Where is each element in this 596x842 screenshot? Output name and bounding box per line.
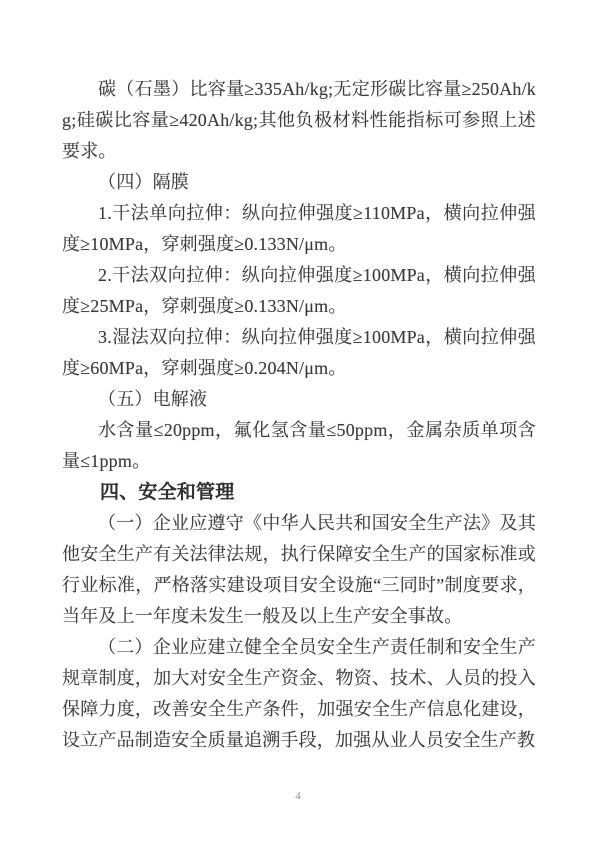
document-body: 碳（石墨）比容量≥335Ah/kg;无定形碳比容量≥250Ah/kg;硅碳比容量… (62, 74, 536, 756)
document-page: 碳（石墨）比容量≥335Ah/kg;无定形碳比容量≥250Ah/kg;硅碳比容量… (0, 0, 596, 842)
paragraph-wet-biaxial: 3.湿法双向拉伸：纵向拉伸强度≥100MPa，横向拉伸强度≥60MPa，穿刺强度… (62, 322, 536, 384)
section-heading-safety-management: 四、安全和管理 (62, 477, 536, 508)
paragraph-anode-capacity: 碳（石墨）比容量≥335Ah/kg;无定形碳比容量≥250Ah/kg;硅碳比容量… (62, 74, 536, 167)
paragraph-dry-biaxial: 2.干法双向拉伸：纵向拉伸强度≥100MPa，横向拉伸强度≥25MPa，穿刺强度… (62, 260, 536, 322)
page-number: 4 (0, 790, 596, 802)
paragraph-electrolyte-limits: 水含量≤20ppm，氟化氢含量≤50ppm，金属杂质单项含量≤1ppm。 (62, 415, 536, 477)
subheading-separator: （四）隔膜 (62, 167, 536, 198)
subheading-electrolyte: （五）电解液 (62, 384, 536, 415)
paragraph-dry-uniaxial: 1.干法单向拉伸：纵向拉伸强度≥110MPa，横向拉伸强度≥10MPa，穿刺强度… (62, 198, 536, 260)
paragraph-safety-responsibility: （二）企业应建立健全全员安全生产责任制和安全生产规章制度，加大对安全生产资金、物… (62, 632, 536, 756)
paragraph-safety-law: （一）企业应遵守《中华人民共和国安全生产法》及其他安全生产有关法律法规，执行保障… (62, 508, 536, 632)
